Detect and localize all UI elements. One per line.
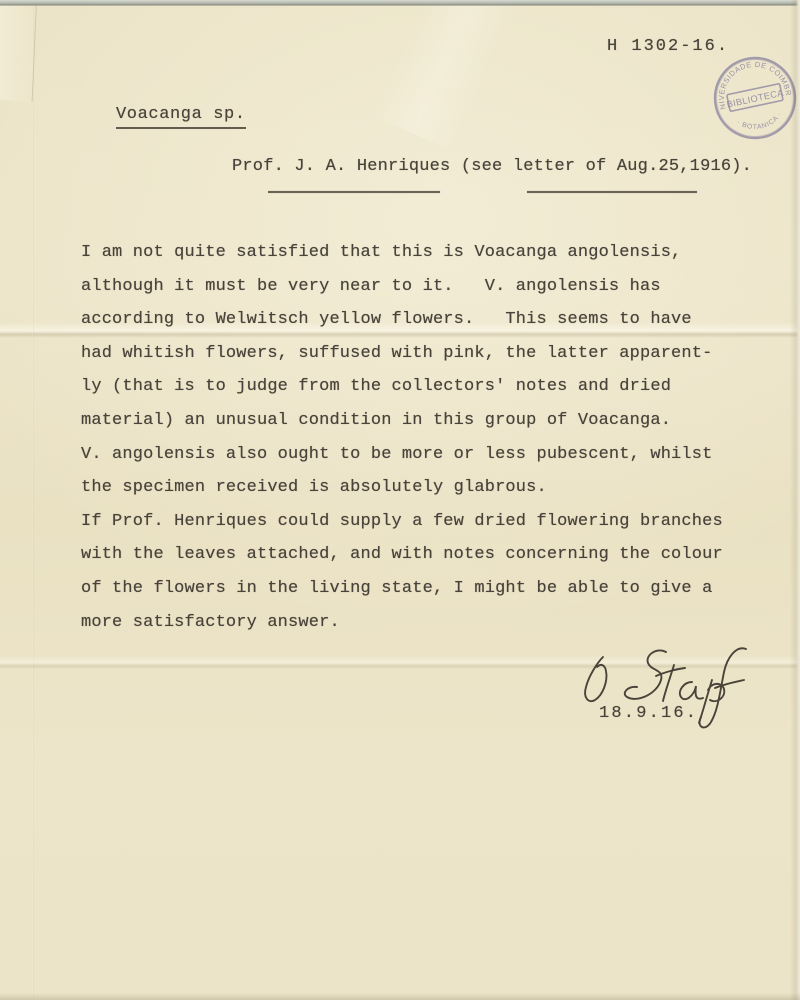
page-corner-edge: [0, 0, 37, 102]
subject-line: Voacanga sp.: [116, 105, 246, 129]
handwritten-signature: [565, 643, 770, 738]
letter-body: I am not quite satisfied that this is Vo…: [81, 236, 771, 639]
signature-block: 18.9.16.: [565, 643, 770, 738]
library-stamp: UNIVERSIDADE DE COIMBRA · BOTANICA · BIB…: [678, 21, 800, 175]
underline-name: [268, 191, 440, 193]
salutation-line: Prof. J. A. Henriques (see letter of Aug…: [232, 157, 752, 176]
letter-page: H 1302-16. UNIVERSIDADE DE COIMBRA · BOT…: [0, 0, 800, 1000]
vertical-crease: [32, 0, 34, 1000]
paper-sheen: [371, 0, 518, 151]
typed-date: 18.9.16.: [599, 704, 698, 723]
page-top-edge: [0, 0, 800, 6]
page-bottom-edge: [0, 993, 800, 1000]
underline-date: [527, 191, 697, 193]
